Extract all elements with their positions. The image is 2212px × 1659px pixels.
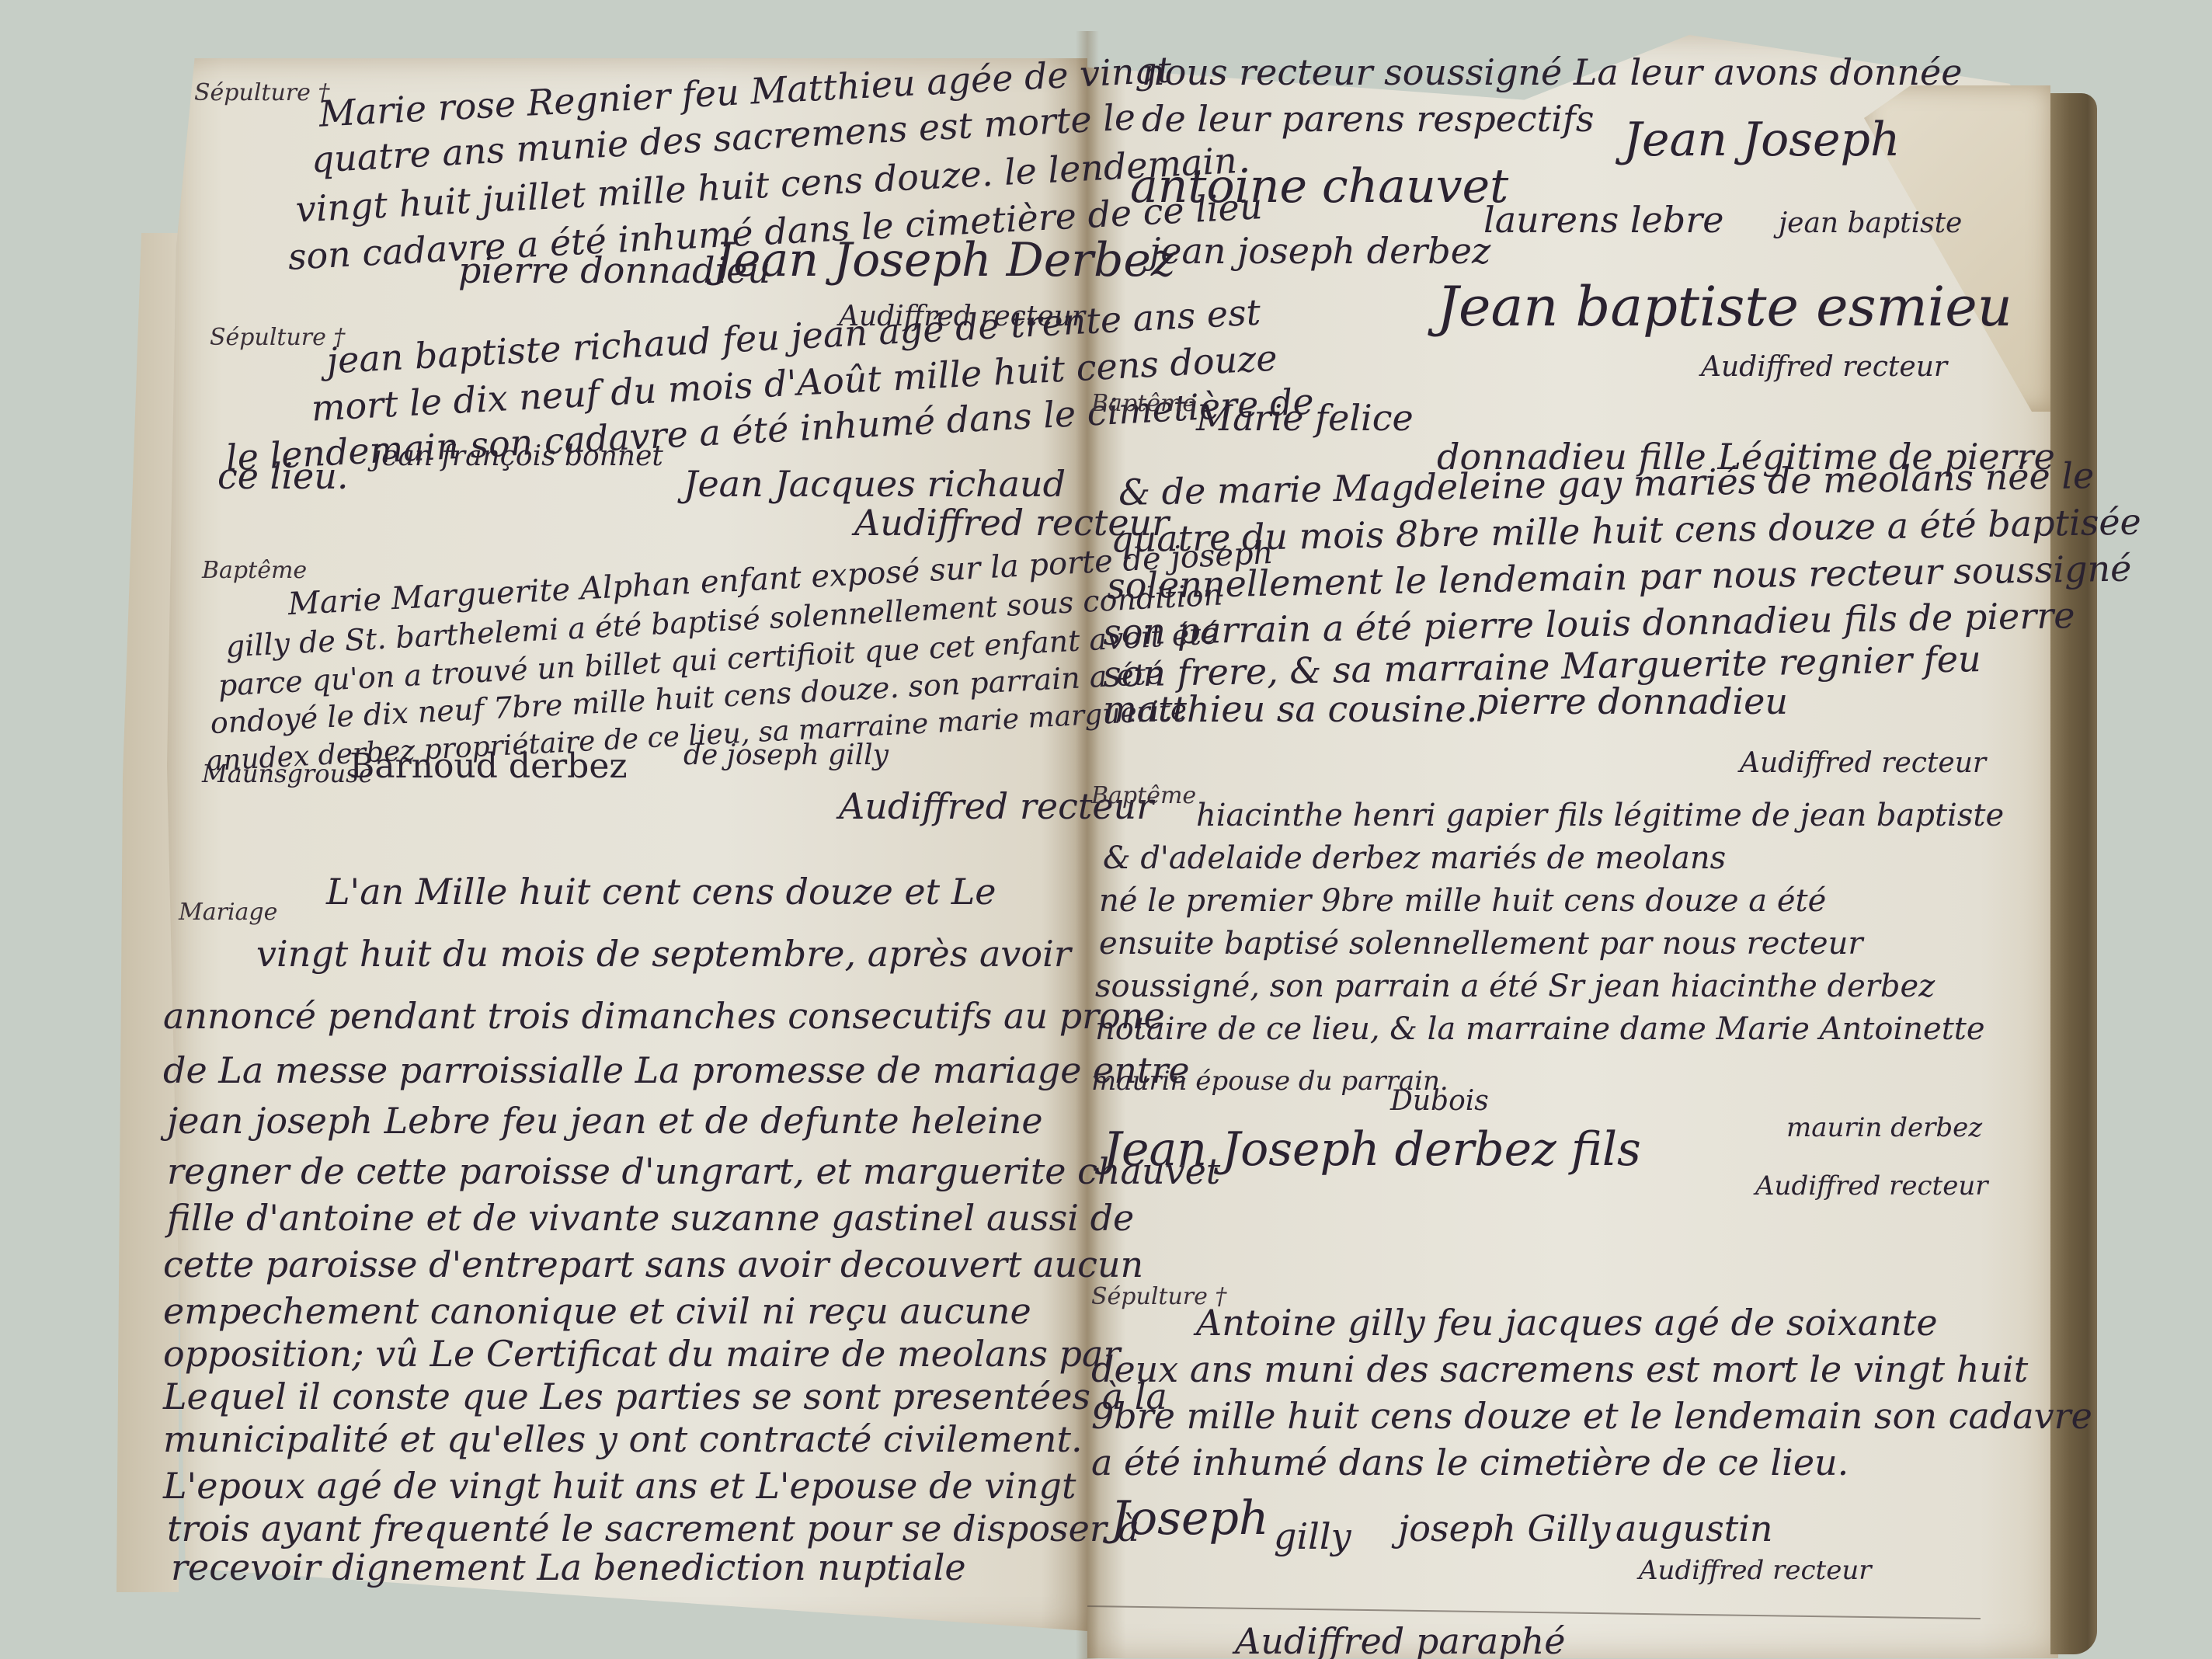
entry-line: trois ayant frequenté le sacrement pour … xyxy=(167,1511,1139,1546)
entry-line: vingt huit du mois de septembre, après a… xyxy=(256,936,1071,972)
margin-label-burial-1: Sépulture † xyxy=(194,82,329,105)
entry-line: Marie felice xyxy=(1196,400,1414,436)
entry-line: L'an Mille huit cent cens douze et Le xyxy=(326,874,996,909)
signature-recteur: Audiffred recteur xyxy=(1701,353,1947,381)
entry-line: opposition; vû Le Certificat du maire de… xyxy=(163,1336,1120,1372)
entry-line: ensuite baptisé solennellement par nous … xyxy=(1099,928,1862,959)
entry-line: de leur parens respectifs xyxy=(1142,101,1594,137)
signature: Dubois xyxy=(1390,1087,1489,1115)
entry-line: Lequel il conste que Les parties se sont… xyxy=(163,1379,1167,1414)
entry-line: ce lieu. xyxy=(217,458,349,494)
signature: gilly xyxy=(1274,1518,1351,1554)
signature: Jean Joseph xyxy=(1623,117,1901,163)
signature-recteur: Audiffred recteur xyxy=(1740,750,1986,777)
entry-line: Maunsgrouse xyxy=(202,761,374,786)
entry-line: Antoine gilly feu jacques agé de soixant… xyxy=(1196,1305,1938,1341)
entry-line: né le premier 9bre mille huit cens douze… xyxy=(1099,885,1826,916)
signature: antoine chauvet xyxy=(1130,163,1508,210)
signature: jean joseph derbez xyxy=(1149,233,1490,269)
signature: pierre donnadieu xyxy=(1476,683,1788,719)
entry-line: fille d'antoine et de vivante suzanne ga… xyxy=(167,1200,1134,1236)
footer-paraphe: Audiffred paraphé xyxy=(1235,1623,1565,1659)
entry-line: empechement canonique et civil ni reçu a… xyxy=(163,1293,1031,1329)
signature: Joseph xyxy=(1111,1495,1269,1542)
signature-recteur: Audiffred recteur xyxy=(1755,1173,1988,1199)
signature: joseph Gilly xyxy=(1398,1511,1610,1546)
entry-line: recevoir dignement La benediction nuptia… xyxy=(171,1549,966,1585)
signature: maurin derbez xyxy=(1786,1115,1982,1141)
signature: augustin xyxy=(1616,1511,1773,1546)
entry-line: annoncé pendant trois dimanches consecut… xyxy=(163,998,1165,1034)
signature: Jean Jacques richaud xyxy=(683,466,1066,502)
signature: Barnoud derbez xyxy=(350,750,628,784)
entry-line: regner de cette paroisse d'ungrart, et m… xyxy=(167,1153,1220,1189)
entry-line: jean joseph Lebre feu jean et de defunte… xyxy=(167,1103,1043,1139)
entry-line: L'epoux agé de vingt huit ans et L'epous… xyxy=(163,1468,1076,1504)
entry-line: & d'adelaide derbez mariés de meolans xyxy=(1103,843,1726,874)
margin-label-baptism-1: Baptême xyxy=(202,559,307,583)
entry-line: hiacinthe henri gapier fils légitime de … xyxy=(1196,800,2004,831)
entry-line: matthieu sa cousine. xyxy=(1103,691,1477,727)
entry-line: a été inhumé dans le cimetière de ce lie… xyxy=(1091,1445,1849,1480)
signature: Jean Joseph Derbez xyxy=(715,237,1175,283)
entry-line: de La messe parroissialle La promesse de… xyxy=(163,1052,1190,1088)
margin-label-burial-2: Sépulture † xyxy=(210,326,345,350)
signature: jean françois bonnet xyxy=(373,443,663,471)
signature: de joseph gilly xyxy=(683,742,889,770)
entry-line: deux ans muni des sacremens est mort le … xyxy=(1091,1351,2028,1387)
signature: laurens lebre xyxy=(1483,202,1723,238)
entry-line: notaire de ce lieu, & la marraine dame M… xyxy=(1095,1014,1985,1045)
entry-line: cette paroisse d'entrepart sans avoir de… xyxy=(163,1247,1143,1282)
signature: Jean baptiste esmieu xyxy=(1437,280,2012,334)
margin-label-baptism-3: Baptême xyxy=(1091,784,1196,808)
entry-line: nous recteur soussigné La leur avons don… xyxy=(1142,54,1962,90)
margin-label-marriage: Mariage xyxy=(179,901,277,924)
entry-line: 9bre mille huit cens douze et le lendema… xyxy=(1091,1398,2092,1434)
entry-line: municipalité et qu'elles y ont contracté… xyxy=(163,1421,1083,1457)
signature: jean baptiste xyxy=(1779,210,1962,238)
signature: Jean Joseph derbez fils xyxy=(1103,1126,1641,1173)
entry-line: soussigné, son parrain a été Sr jean hia… xyxy=(1095,971,1935,1002)
margin-label-baptism-2: Baptême xyxy=(1091,392,1196,416)
signature-recteur: Audiffred recteur xyxy=(1639,1557,1871,1584)
